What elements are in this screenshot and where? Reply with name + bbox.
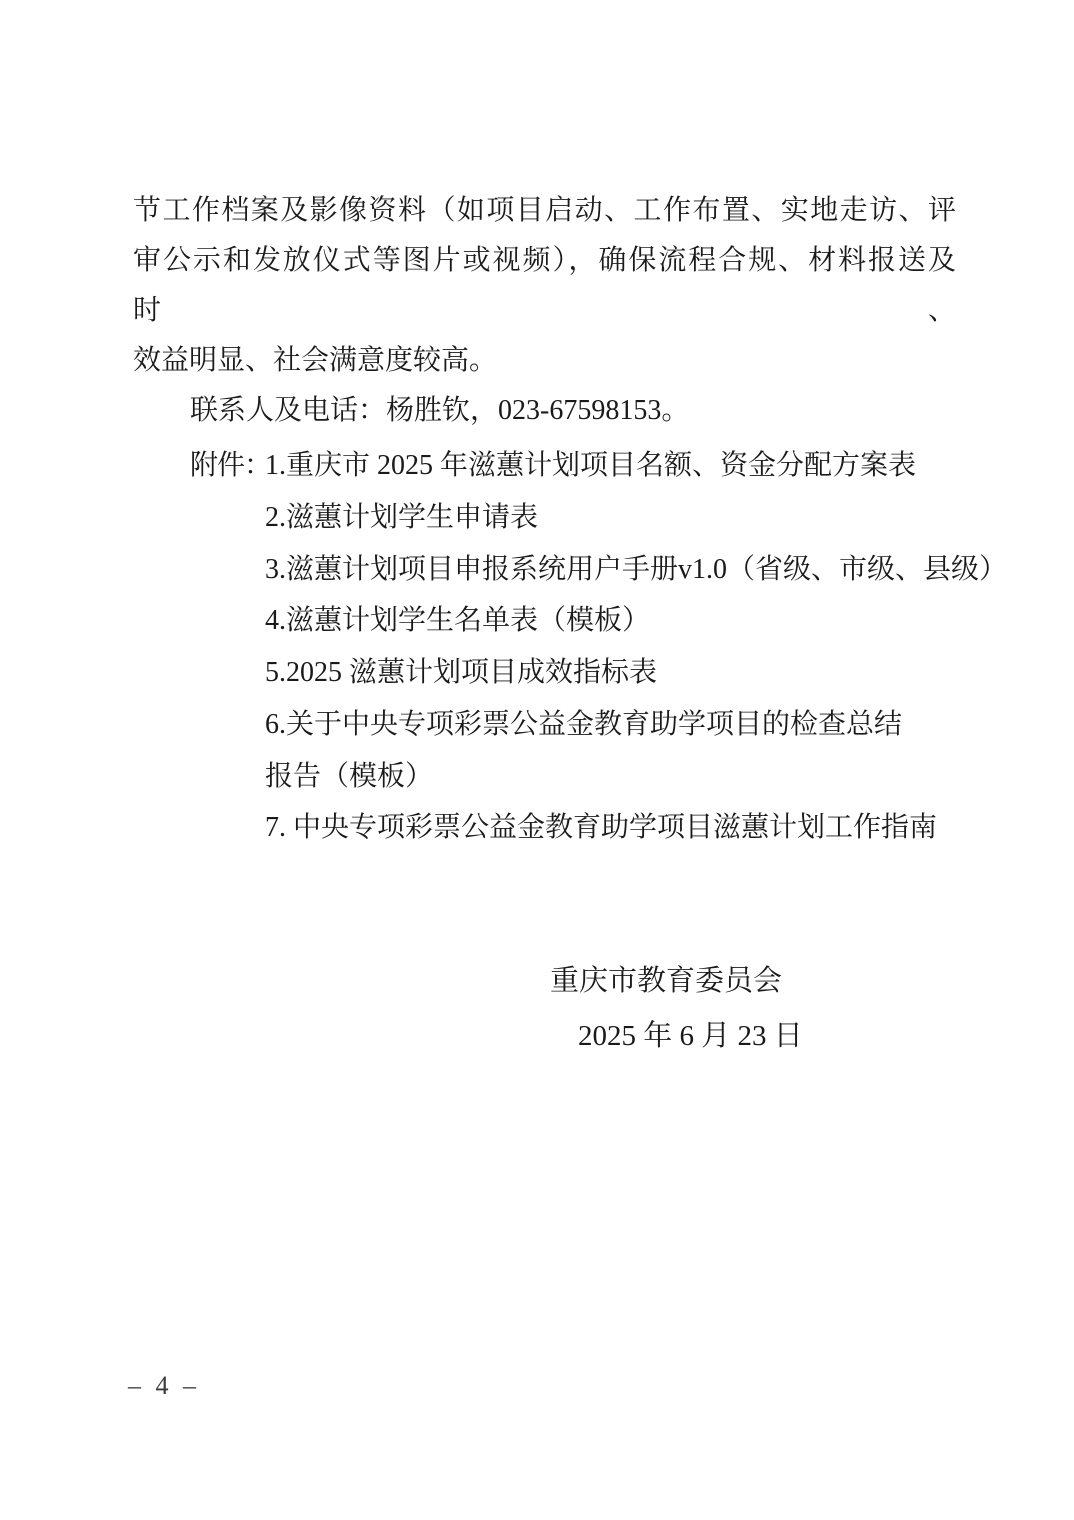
- page-number: – 4 –: [128, 1372, 200, 1400]
- signature-date: 2025 年 6 月 23 日: [578, 1011, 803, 1061]
- paragraph-line-3: 效益明显、社会满意度较高。: [133, 336, 956, 386]
- paragraph-line-1: 节工作档案及影像资料（如项目启动、工作布置、实地走访、评: [133, 186, 956, 236]
- attachment-item-4: 4.滋蕙计划学生名单表（模板）: [265, 595, 985, 647]
- attachments-list: 1.重庆市 2025 年滋蕙计划项目名额、资金分配方案表 2.滋蕙计划学生申请表…: [265, 440, 985, 854]
- attachment-item-2: 2.滋蕙计划学生申请表: [265, 492, 985, 544]
- attachment-item-6: 6.关于中央专项彩票公益金教育助学项目的检查总结: [265, 699, 985, 751]
- attachment-item-5: 5.2025 滋蕙计划项目成效指标表: [265, 647, 985, 699]
- attachment-item-1: 1.重庆市 2025 年滋蕙计划项目名额、资金分配方案表: [265, 440, 985, 492]
- contact-line: 联系人及电话：杨胜钦，023-67598153。: [133, 386, 956, 436]
- body-paragraph: 节工作档案及影像资料（如项目启动、工作布置、实地走访、评 审公示和发放仪式等图片…: [133, 186, 956, 436]
- paragraph-line-2: 审公示和发放仪式等图片或视频），确保流程合规、材料报送及时、: [133, 236, 956, 336]
- document-page: 节工作档案及影像资料（如项目启动、工作布置、实地走访、评 审公示和发放仪式等图片…: [0, 0, 1074, 1520]
- attachment-item-6-continuation: 报告（模板）: [265, 751, 985, 803]
- attachments-label: 附件：: [190, 440, 271, 492]
- signature-organization: 重庆市教育委员会: [550, 956, 782, 1006]
- attachment-item-3: 3.滋蕙计划项目申报系统用户手册v1.0（省级、市级、县级）: [265, 544, 985, 596]
- attachment-item-7: 7. 中央专项彩票公益金教育助学项目滋蕙计划工作指南: [265, 802, 985, 854]
